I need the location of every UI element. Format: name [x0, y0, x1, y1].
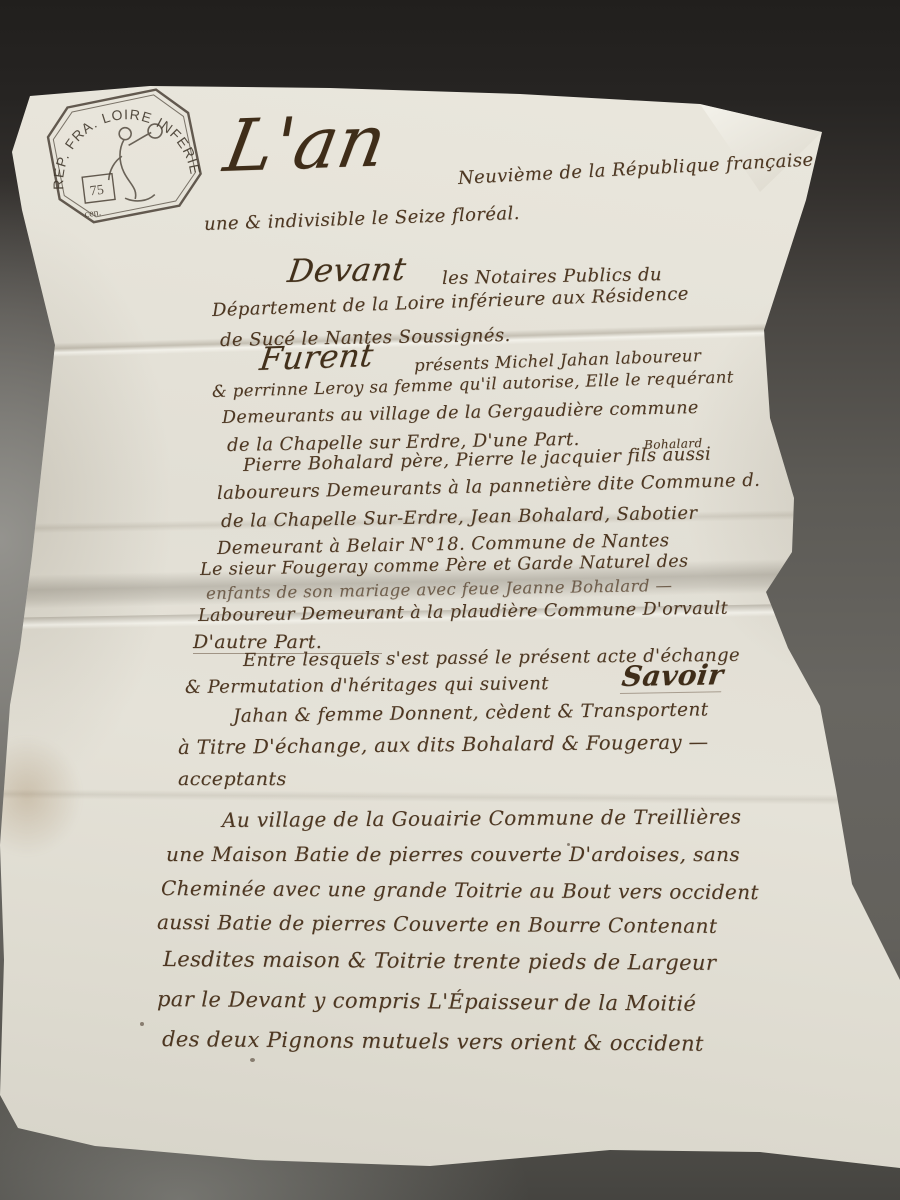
section-word-devant: Devant — [285, 250, 408, 290]
section-word-furent: Furent — [258, 336, 376, 378]
fold-crease — [0, 789, 900, 805]
manuscript-line: & Permutation d'héritages qui suivent — [185, 673, 549, 698]
seated-figure-icon — [103, 123, 171, 204]
paper-spot — [250, 1058, 255, 1062]
revenue-stamp: REP. FRA. LOIRE INFERIE. 75 cen. — [34, 77, 214, 238]
stamp-value: 75 — [89, 183, 105, 200]
ink-speck — [140, 1022, 144, 1026]
manuscript-line: Demeurants au village de la Gergaudière … — [222, 398, 699, 428]
stamp-unit: cen. — [84, 207, 102, 220]
manuscript-line: une Maison Batie de pierres couverte D'a… — [166, 842, 740, 866]
manuscript-line: Cheminée avec une grande Toitrie au Bout… — [161, 876, 759, 904]
manuscript-line: de la Chapelle Sur-Erdre, Jean Bohalard,… — [221, 503, 698, 532]
manuscript-line: Au village de la Gouairie Commune de Tre… — [222, 804, 742, 832]
manuscript-line: des deux Pignons mutuels vers orient & o… — [162, 1027, 704, 1056]
manuscript-line: Jahan & femme Donnent, cèdent & Transpor… — [233, 699, 709, 727]
manuscript-line: laboureurs Demeurants à la pannetière di… — [217, 470, 761, 504]
manuscript-line: aussi Batie de pierres Couverte en Bourr… — [157, 910, 717, 938]
manuscript-line: Département de la Loire inférieure aux R… — [212, 283, 690, 321]
manuscript-line: une & indivisible le Seize floréal. — [204, 203, 521, 235]
manuscript-paper: REP. FRA. LOIRE INFERIE. 75 cen. L'an Ne… — [0, 0, 900, 1200]
title-word: L'an — [219, 98, 394, 187]
manuscript-line: par le Devant y compris L'Épaisseur de l… — [157, 987, 697, 1016]
manuscript-line: Lesdites maison & Toitrie trente pieds d… — [163, 947, 716, 975]
keyword-savoir: Savoir — [620, 658, 726, 694]
manuscript-line: à Titre D'échange, aux dits Bohalard & F… — [178, 730, 709, 759]
paper-stain — [0, 736, 82, 856]
manuscript-line: acceptants — [178, 768, 287, 790]
